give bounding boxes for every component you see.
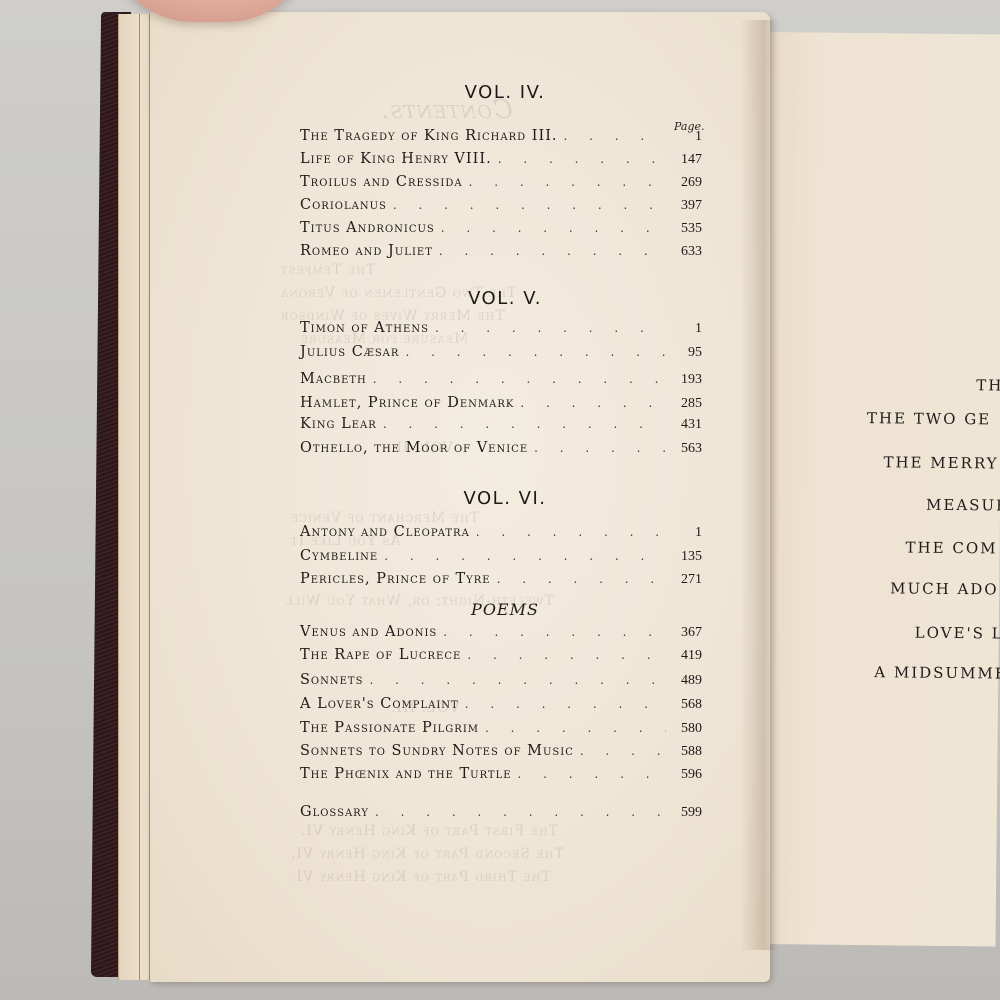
entry-title: Sonnets to Sundry Notes of Music [300, 743, 574, 759]
entry-title: Pericles, Prince of Tyre [300, 571, 491, 587]
dot-leader [435, 321, 666, 335]
right-page-line: LOVE'S L [915, 624, 1000, 643]
toc-entry: Titus Andronicus535 [300, 220, 702, 242]
entry-page: 419 [672, 648, 702, 664]
right-page-line: THE MERRY [883, 453, 998, 472]
dot-leader [441, 221, 666, 235]
entry-title: Troilus and Cressida [300, 174, 463, 190]
entry-title: Timon of Athens [300, 320, 429, 336]
toc-entry: Sonnets to Sundry Notes of Music588 [300, 743, 702, 765]
entry-page: 271 [672, 572, 702, 588]
entry-title: Cymbeline [300, 548, 378, 564]
right-page-line: THE TWO GE [867, 409, 991, 428]
entry-title: Macbeth [300, 371, 367, 387]
entry-page: 1 [672, 129, 702, 145]
entry-page: 135 [672, 549, 702, 565]
bleed-through-line: The Second Part of King Henry VI. [290, 846, 564, 862]
dot-leader [369, 673, 666, 687]
entry-title: King Lear [300, 416, 377, 432]
toc-entry: King Lear431 [300, 416, 702, 438]
toc-entry: Coriolanus397 [300, 197, 702, 219]
dot-leader [375, 805, 666, 819]
entry-title: Antony and Cleopatra [300, 524, 470, 540]
toc-entry: Sonnets489 [300, 672, 702, 694]
entry-title: Life of King Henry VIII. [300, 151, 492, 167]
volume-heading: VOL. IV. [300, 82, 710, 103]
entry-page: 563 [672, 441, 702, 457]
entry-page: 95 [672, 345, 702, 361]
bleed-through-line: The Third Part of King Henry VI. [290, 869, 551, 885]
toc-entry: Pericles, Prince of Tyre271 [300, 571, 702, 593]
dot-leader [497, 572, 666, 586]
dot-leader [384, 549, 666, 563]
dot-leader [476, 525, 666, 539]
entry-title: The Passionate Pilgrim [300, 720, 479, 736]
dot-leader [383, 417, 666, 431]
entry-title: Titus Andronicus [300, 220, 435, 236]
entry-page: 147 [672, 152, 702, 168]
entry-title: Sonnets [300, 672, 363, 688]
entry-page: 269 [672, 175, 702, 191]
dot-leader [580, 744, 666, 758]
dot-leader [498, 152, 666, 166]
entry-page: 596 [672, 767, 702, 783]
volume-heading: VOL. V. [300, 288, 710, 309]
dot-leader [520, 396, 666, 410]
toc-entry: Cymbeline135 [300, 548, 702, 570]
entry-page: 599 [672, 805, 702, 821]
gutter-shadow [740, 20, 780, 950]
dot-leader [534, 441, 666, 455]
dot-leader [443, 625, 666, 639]
toc-entry: Troilus and Cressida269 [300, 174, 702, 196]
entry-title: Venus and Adonis [300, 624, 437, 640]
dot-leader [439, 244, 666, 258]
entry-title: The Tragedy of King Richard III. [300, 128, 558, 144]
volume-heading: VOL. VI. [300, 488, 710, 509]
entry-page: 535 [672, 221, 702, 237]
right-page-line: MEASUR [926, 496, 1000, 515]
dot-leader [485, 721, 666, 735]
entry-page: 580 [672, 721, 702, 737]
toc-entry: Venus and Adonis367 [300, 624, 702, 646]
toc-entry: The Tragedy of King Richard III.1 [300, 128, 702, 150]
entry-title: Othello, the Moor of Venice [300, 440, 528, 456]
toc-entry: Timon of Athens1 [300, 320, 702, 342]
dot-leader [393, 198, 666, 212]
toc-entry: Antony and Cleopatra1 [300, 524, 702, 546]
toc-entry: Romeo and Juliet633 [300, 243, 702, 265]
right-page-line: THE COM [906, 539, 998, 558]
toc-entry: A Lover's Complaint568 [300, 696, 702, 718]
entry-title: Hamlet, Prince of Denmark [300, 395, 514, 411]
entry-page: 489 [672, 673, 702, 689]
entry-title: The Phœnix and the Turtle [300, 766, 512, 782]
dot-leader [469, 175, 666, 189]
poems-section-label: POEMS [300, 600, 710, 619]
entry-page: 1 [672, 525, 702, 541]
entry-page: 193 [672, 372, 702, 388]
toc-entry-glossary: Glossary599 [300, 804, 702, 826]
toc-entry: Julius Cæsar95 [300, 344, 702, 366]
entry-page: 397 [672, 198, 702, 214]
dot-leader [405, 345, 666, 359]
entry-page: 285 [672, 396, 702, 412]
dot-leader [373, 372, 666, 386]
right-page-line: A MIDSUMME [874, 663, 1000, 682]
right-page-line: MUCH ADO [890, 579, 999, 598]
right-page-line: TH [976, 376, 1000, 394]
entry-title: Julius Cæsar [300, 344, 399, 360]
entry-title: The Rape of Lucrece [300, 647, 461, 663]
toc-entry: The Phœnix and the Turtle596 [300, 766, 702, 788]
dot-leader [465, 697, 666, 711]
toc-entry: Macbeth193 [300, 371, 702, 393]
toc-entry: Othello, the Moor of Venice563 [300, 440, 702, 462]
entry-page: 431 [672, 417, 702, 433]
entry-page: 633 [672, 244, 702, 260]
toc-entry: Hamlet, Prince of Denmark285 [300, 395, 702, 417]
toc-entry: The Passionate Pilgrim580 [300, 720, 702, 742]
toc-entry: The Rape of Lucrece419 [300, 647, 702, 669]
toc-entry: Life of King Henry VIII.147 [300, 151, 702, 173]
entry-page: 367 [672, 625, 702, 641]
entry-title: Coriolanus [300, 197, 387, 213]
right-page: TH THE TWO GE THE MERRY MEASUR THE COM M… [755, 32, 1000, 946]
entry-page: 568 [672, 697, 702, 713]
entry-title: Glossary [300, 804, 369, 820]
entry-title: A Lover's Complaint [300, 696, 459, 712]
entry-title: Romeo and Juliet [300, 243, 433, 259]
entry-page: 1 [672, 321, 702, 337]
entry-page: 588 [672, 744, 702, 760]
dot-leader [564, 129, 666, 143]
dot-leader [518, 767, 666, 781]
dot-leader [467, 648, 666, 662]
